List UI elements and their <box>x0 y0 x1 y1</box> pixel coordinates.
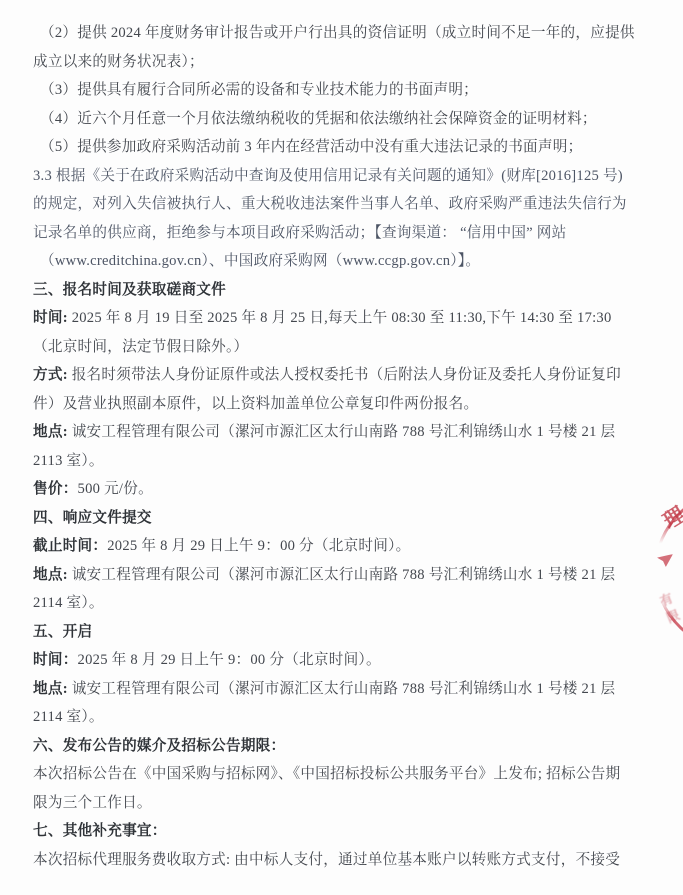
document-line: 限为三个工作日。 <box>33 789 653 818</box>
document-page: （2）提供 2024 年度财务审计报告或开户行出具的资信证明（成立时间不足一年的… <box>0 0 683 895</box>
line-label: 时间： <box>33 652 78 668</box>
document-line: 本次招标代理服务费收取方式: 由中标人支付，通过单位基本账户以转账方式支付，不接… <box>33 846 653 875</box>
section-heading: 五、开启 <box>33 618 653 647</box>
document-line: （2）提供 2024 年度财务审计报告或开户行出具的资信证明（成立时间不足一年的… <box>33 19 653 48</box>
document-line: 2114 室）。 <box>33 703 653 732</box>
document-line: 时间: 2025 年 8 月 19 日至 2025 年 8 月 25 日,每天上… <box>33 304 653 333</box>
line-label: 截止时间： <box>33 538 107 554</box>
document-line: 方式: 报名时须带法人身份证原件或法人授权委托书（后附法人身份证及委托人身份证复… <box>33 361 653 390</box>
seal-ring-icon <box>654 487 683 648</box>
document-line: （北京时间，法定节假日除外。） <box>33 333 653 362</box>
line-label: 时间: <box>33 310 68 326</box>
document-line: 截止时间：2025 年 8 月 29 日上午 9：00 分（北京时间）。 <box>33 532 653 561</box>
seal-faint-characters: 有限 <box>657 586 683 627</box>
section-heading: 六、发布公告的媒介及招标公告期限： <box>33 732 653 761</box>
line-label: 方式: <box>33 367 68 383</box>
line-label: 地点: <box>33 567 68 583</box>
document-line: （4）近六个月任意一个月依法缴纳税收的凭据和依法缴纳社会保障资金的证明材料； <box>33 105 653 134</box>
line-label: 售价： <box>33 481 78 497</box>
document-line: 时间：2025 年 8 月 29 日上午 9：00 分（北京时间）。 <box>33 646 653 675</box>
document-line: 件）及营业执照副本原件，以上资料加盖单位公章复印件两份报名。 <box>33 390 653 419</box>
section-heading: 七、其他补充事宜： <box>33 817 653 846</box>
document-line: （www.creditchina.gov.cn）、中国政府采购网（www.ccg… <box>33 247 653 276</box>
document-line: 的规定，对列入失信被执行人、重大税收违法案件当事人名单、政府采购严重违法失信行为 <box>33 190 653 219</box>
seal-character: 理 <box>657 499 683 536</box>
section-heading: 三、报名时间及获取磋商文件 <box>33 276 653 305</box>
document-line: 地点: 诚安工程管理有限公司（漯河市源汇区太行山南路 788 号汇利锦绣山水 1… <box>33 418 653 447</box>
document-line: 2113 室）。 <box>33 447 653 476</box>
document-line: 3.3 根据《关于在政府采购活动中查询及使用信用记录有关问题的通知》(财库[20… <box>33 162 653 191</box>
document-line: 本次招标公告在《中国采购与招标网》、《中国招标投标公共服务平台》上发布; 招标公… <box>33 760 653 789</box>
document-line: 地点: 诚安工程管理有限公司（漯河市源汇区太行山南路 788 号汇利锦绣山水 1… <box>33 675 653 704</box>
section-heading: 四、响应文件提交 <box>33 504 653 533</box>
line-label: 地点: <box>33 424 68 440</box>
document-line: 地点: 诚安工程管理有限公司（漯河市源汇区太行山南路 788 号汇利锦绣山水 1… <box>33 561 653 590</box>
document-line: 记录名单的供应商，拒绝参与本项目政府采购活动；【查询渠道： “信用中国” 网站 <box>33 219 653 248</box>
document-line: 2114 室）。 <box>33 589 653 618</box>
line-label: 地点: <box>33 681 68 697</box>
document-line: （3）提供具有履行合同所必需的设备和专业技术能力的书面声明； <box>33 76 653 105</box>
document-line: 成立以来的财务状况表）； <box>33 48 653 77</box>
document-line: （5）提供参加政府采购活动前 3 年内在经营活动中没有重大违法记录的书面声明； <box>33 133 653 162</box>
document-line: 售价：500 元/份。 <box>33 475 653 504</box>
seal-star-icon <box>657 554 673 567</box>
document-text-block: （2）提供 2024 年度财务审计报告或开户行出具的资信证明（成立时间不足一年的… <box>33 19 653 874</box>
